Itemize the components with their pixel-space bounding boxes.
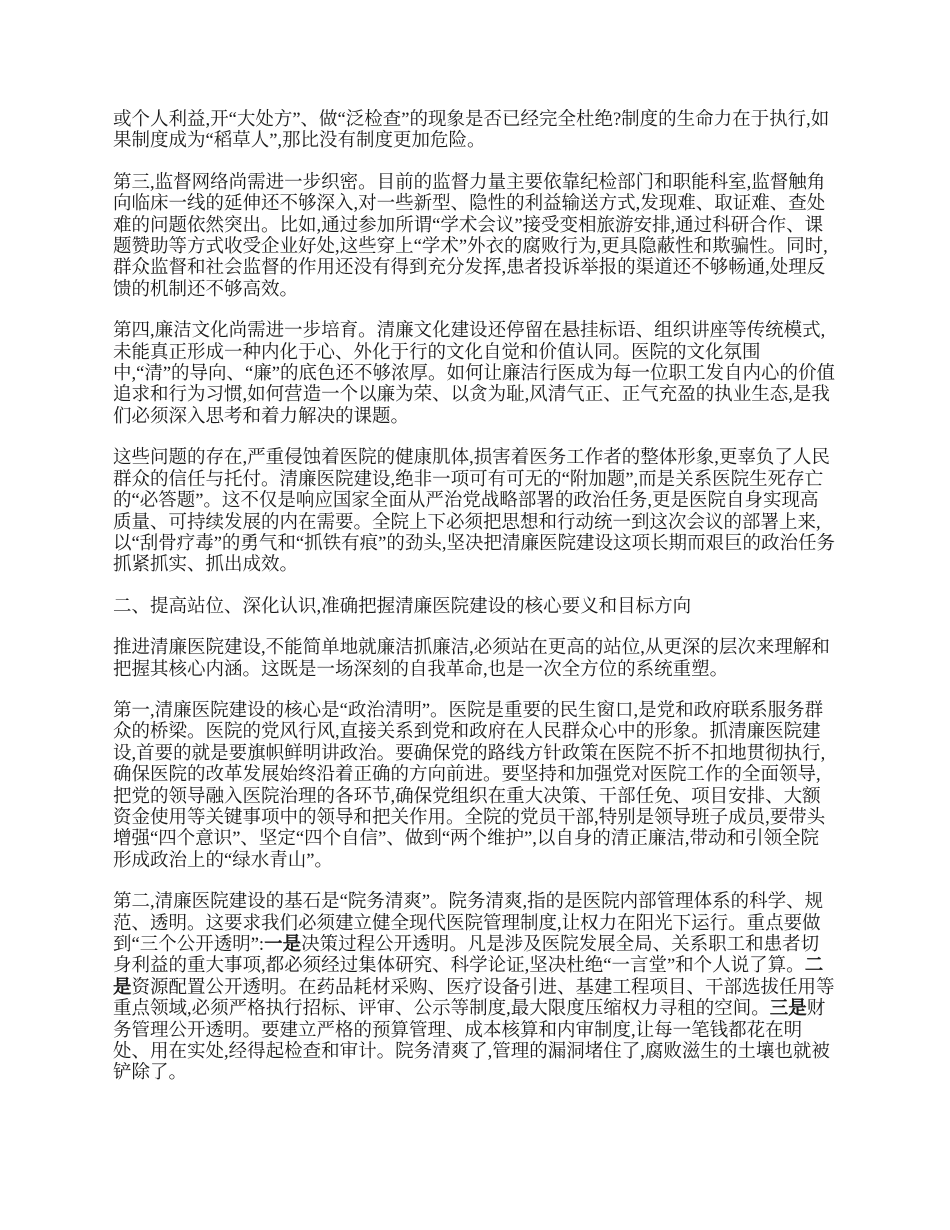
paragraph: 第二,清廉医院建设的基石是“院务清爽”。院务清爽,指的是医院内部管理体系的科学、… (113, 892, 837, 1085)
section-heading: 二、提高站位、深化认识,准确把握清廉医院建设的核心要义和目标方向 (113, 597, 837, 618)
paragraph: 或个人利益,开“大处方”、做“泛检查”的现象是否已经完全杜绝?制度的生命力在于执… (113, 110, 837, 153)
paragraph: 推进清廉医院建设,不能简单地就廉洁抓廉洁,必须站在更高的站位,从更深的层次来理解… (113, 638, 837, 681)
bold-text-run: 三是 (770, 999, 807, 1019)
paragraph: 这些问题的存在,严重侵蚀着医院的健康肌体,损害着医务工作者的整体形象,更辜负了人… (113, 448, 837, 576)
text-run: 资源配置公开透明。在药品耗材采购、医疗设备引进、基建工程项目、干部选拔任用等重点… (113, 978, 835, 1019)
document-body: 或个人利益,开“大处方”、做“泛检查”的现象是否已经完全杜绝?制度的生命力在于执… (113, 110, 837, 1085)
text-run: 第四,廉洁文化尚需进一步培育。清廉文化建设还停留在悬挂标语、组织讲座等传统模式,… (113, 321, 835, 427)
paragraph: 第四,廉洁文化尚需进一步培育。清廉文化建设还停留在悬挂标语、组织讲座等传统模式,… (113, 321, 837, 428)
text-run: 第三,监督网络尚需进一步织密。目前的监督力量主要依靠纪检部门和职能科室,监督触角… (113, 173, 828, 300)
text-run: 推进清廉医院建设,不能简单地就廉洁抓廉洁,必须站在更高的站位,从更深的层次来理解… (113, 638, 830, 679)
paragraph: 第三,监督网络尚需进一步织密。目前的监督力量主要依靠纪检部门和职能科室,监督触角… (113, 173, 837, 301)
text-run: 二、提高站位、深化认识,准确把握清廉医院建设的核心要义和目标方向 (113, 597, 691, 617)
bold-text-run: 一是 (264, 935, 301, 955)
text-run: 这些问题的存在,严重侵蚀着医院的健康肌体,损害着医务工作者的整体形象,更辜负了人… (113, 448, 835, 575)
paragraph: 第一,清廉医院建设的核心是“政治清明”。医院是重要的民生窗口,是党和政府联系服务… (113, 701, 837, 872)
text-run: 或个人利益,开“大处方”、做“泛检查”的现象是否已经完全杜绝?制度的生命力在于执… (113, 110, 829, 151)
text-run: 第一,清廉医院建设的核心是“政治清明”。医院是重要的民生窗口,是党和政府联系服务… (113, 701, 825, 871)
document-page: 或个人利益,开“大处方”、做“泛检查”的现象是否已经完全杜绝?制度的生命力在于执… (0, 0, 950, 1230)
